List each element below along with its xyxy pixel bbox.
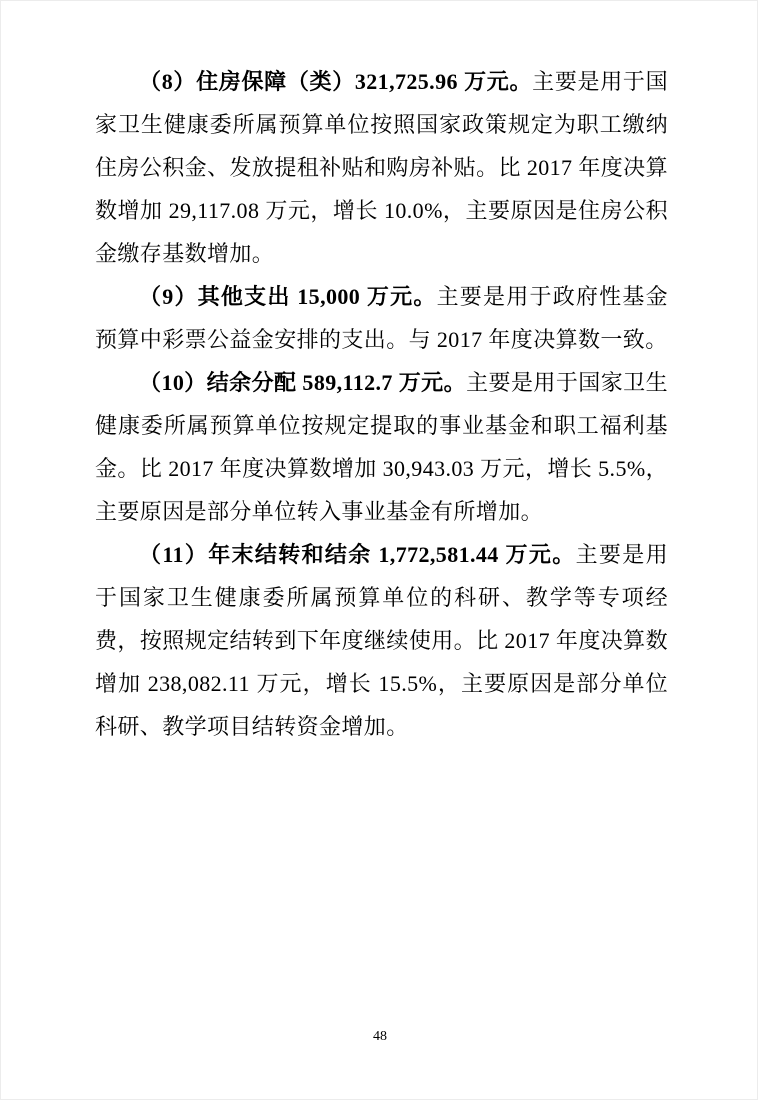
- paragraph-item-8: （8）住房保障（类）321,725.96 万元。主要是用于国家卫生健康委所属预算…: [95, 60, 668, 275]
- paragraph-11-lead: （11）年末结转和结余 1,772,581.44 万元。: [139, 542, 576, 567]
- paragraph-9-lead: （9）其他支出 15,000 万元。: [139, 284, 437, 309]
- paragraph-8-body: 主要是用于国家卫生健康委所属预算单位按照国家政策规定为职工缴纳住房公积金、发放提…: [95, 69, 668, 266]
- document-page: （8）住房保障（类）321,725.96 万元。主要是用于国家卫生健康委所属预算…: [0, 0, 758, 1100]
- paragraph-8-lead: （8）住房保障（类）321,725.96 万元。: [139, 69, 532, 94]
- paragraph-11-body: 主要是用于国家卫生健康委所属预算单位的科研、教学等专项经费，按照规定结转到下年度…: [95, 542, 668, 739]
- document-content: （8）住房保障（类）321,725.96 万元。主要是用于国家卫生健康委所属预算…: [95, 60, 668, 748]
- paragraph-10-lead: （10）结余分配 589,112.7 万元。: [139, 370, 466, 395]
- paragraph-item-9: （9）其他支出 15,000 万元。主要是用于政府性基金预算中彩票公益金安排的支…: [95, 275, 668, 361]
- paragraph-item-11: （11）年末结转和结余 1,772,581.44 万元。主要是用于国家卫生健康委…: [95, 533, 668, 748]
- paragraph-item-10: （10）结余分配 589,112.7 万元。主要是用于国家卫生健康委所属预算单位…: [95, 361, 668, 533]
- page-number: 48: [1, 1027, 758, 1047]
